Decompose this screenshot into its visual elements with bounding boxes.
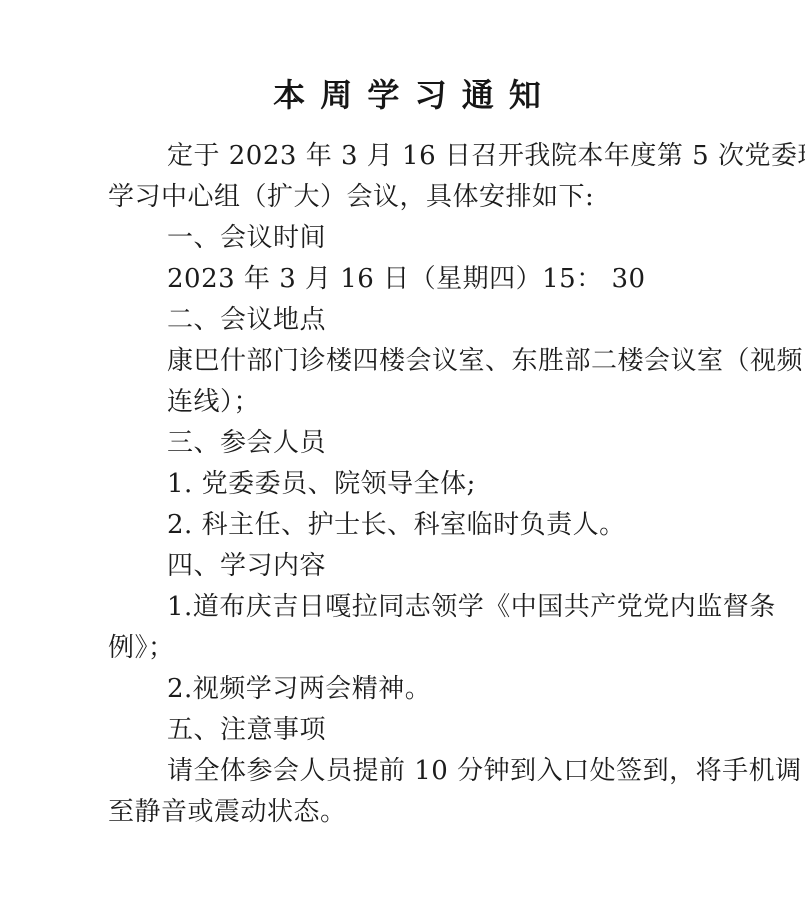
- meeting-location-line-2: 连线）；: [108, 382, 708, 423]
- notes-line-2: 至静音或震动状态。: [108, 792, 708, 833]
- section-1-heading-meeting-time: 一、会议时间: [108, 218, 708, 259]
- notice-content: 本 周 学 习 通 知 定于 2023 年 3 月 16 日召开我院本年度第 5…: [108, 76, 708, 833]
- section-2-heading-meeting-location: 二、会议地点: [108, 300, 708, 341]
- intro-line-1: 定于 2023 年 3 月 16 日召开我院本年度第 5 次党委理论: [108, 136, 708, 177]
- notes-line-1: 请全体参会人员提前 10 分钟到入口处签到，将手机调: [108, 751, 708, 792]
- meeting-location-line-1: 康巴什部门诊楼四楼会议室、东胜部二楼会议室（视频: [108, 341, 708, 382]
- section-3-heading-attendees: 三、参会人员: [108, 423, 708, 464]
- section-4-heading-study-content: 四、学习内容: [108, 546, 708, 587]
- intro-line-2: 学习中心组（扩大）会议，具体安排如下:: [108, 177, 708, 218]
- study-content-item-2: 2.视频学习两会精神。: [108, 669, 708, 710]
- study-content-item-1-line-1: 1.道布庆吉日嘎拉同志领学《中国共产党党内监督条: [108, 587, 708, 628]
- document-title: 本 周 学 习 通 知: [108, 76, 708, 114]
- meeting-time-value: 2023 年 3 月 16 日（星期四）15： 30: [108, 259, 708, 300]
- section-5-heading-notes: 五、注意事项: [108, 710, 708, 751]
- attendees-item-2: 2. 科主任、护士长、科室临时负责人。: [108, 505, 708, 546]
- document-page: 本 周 学 习 通 知 定于 2023 年 3 月 16 日召开我院本年度第 5…: [0, 0, 805, 900]
- study-content-item-1-line-2: 例》；: [108, 628, 708, 669]
- attendees-item-1: 1. 党委委员、院领导全体;: [108, 464, 708, 505]
